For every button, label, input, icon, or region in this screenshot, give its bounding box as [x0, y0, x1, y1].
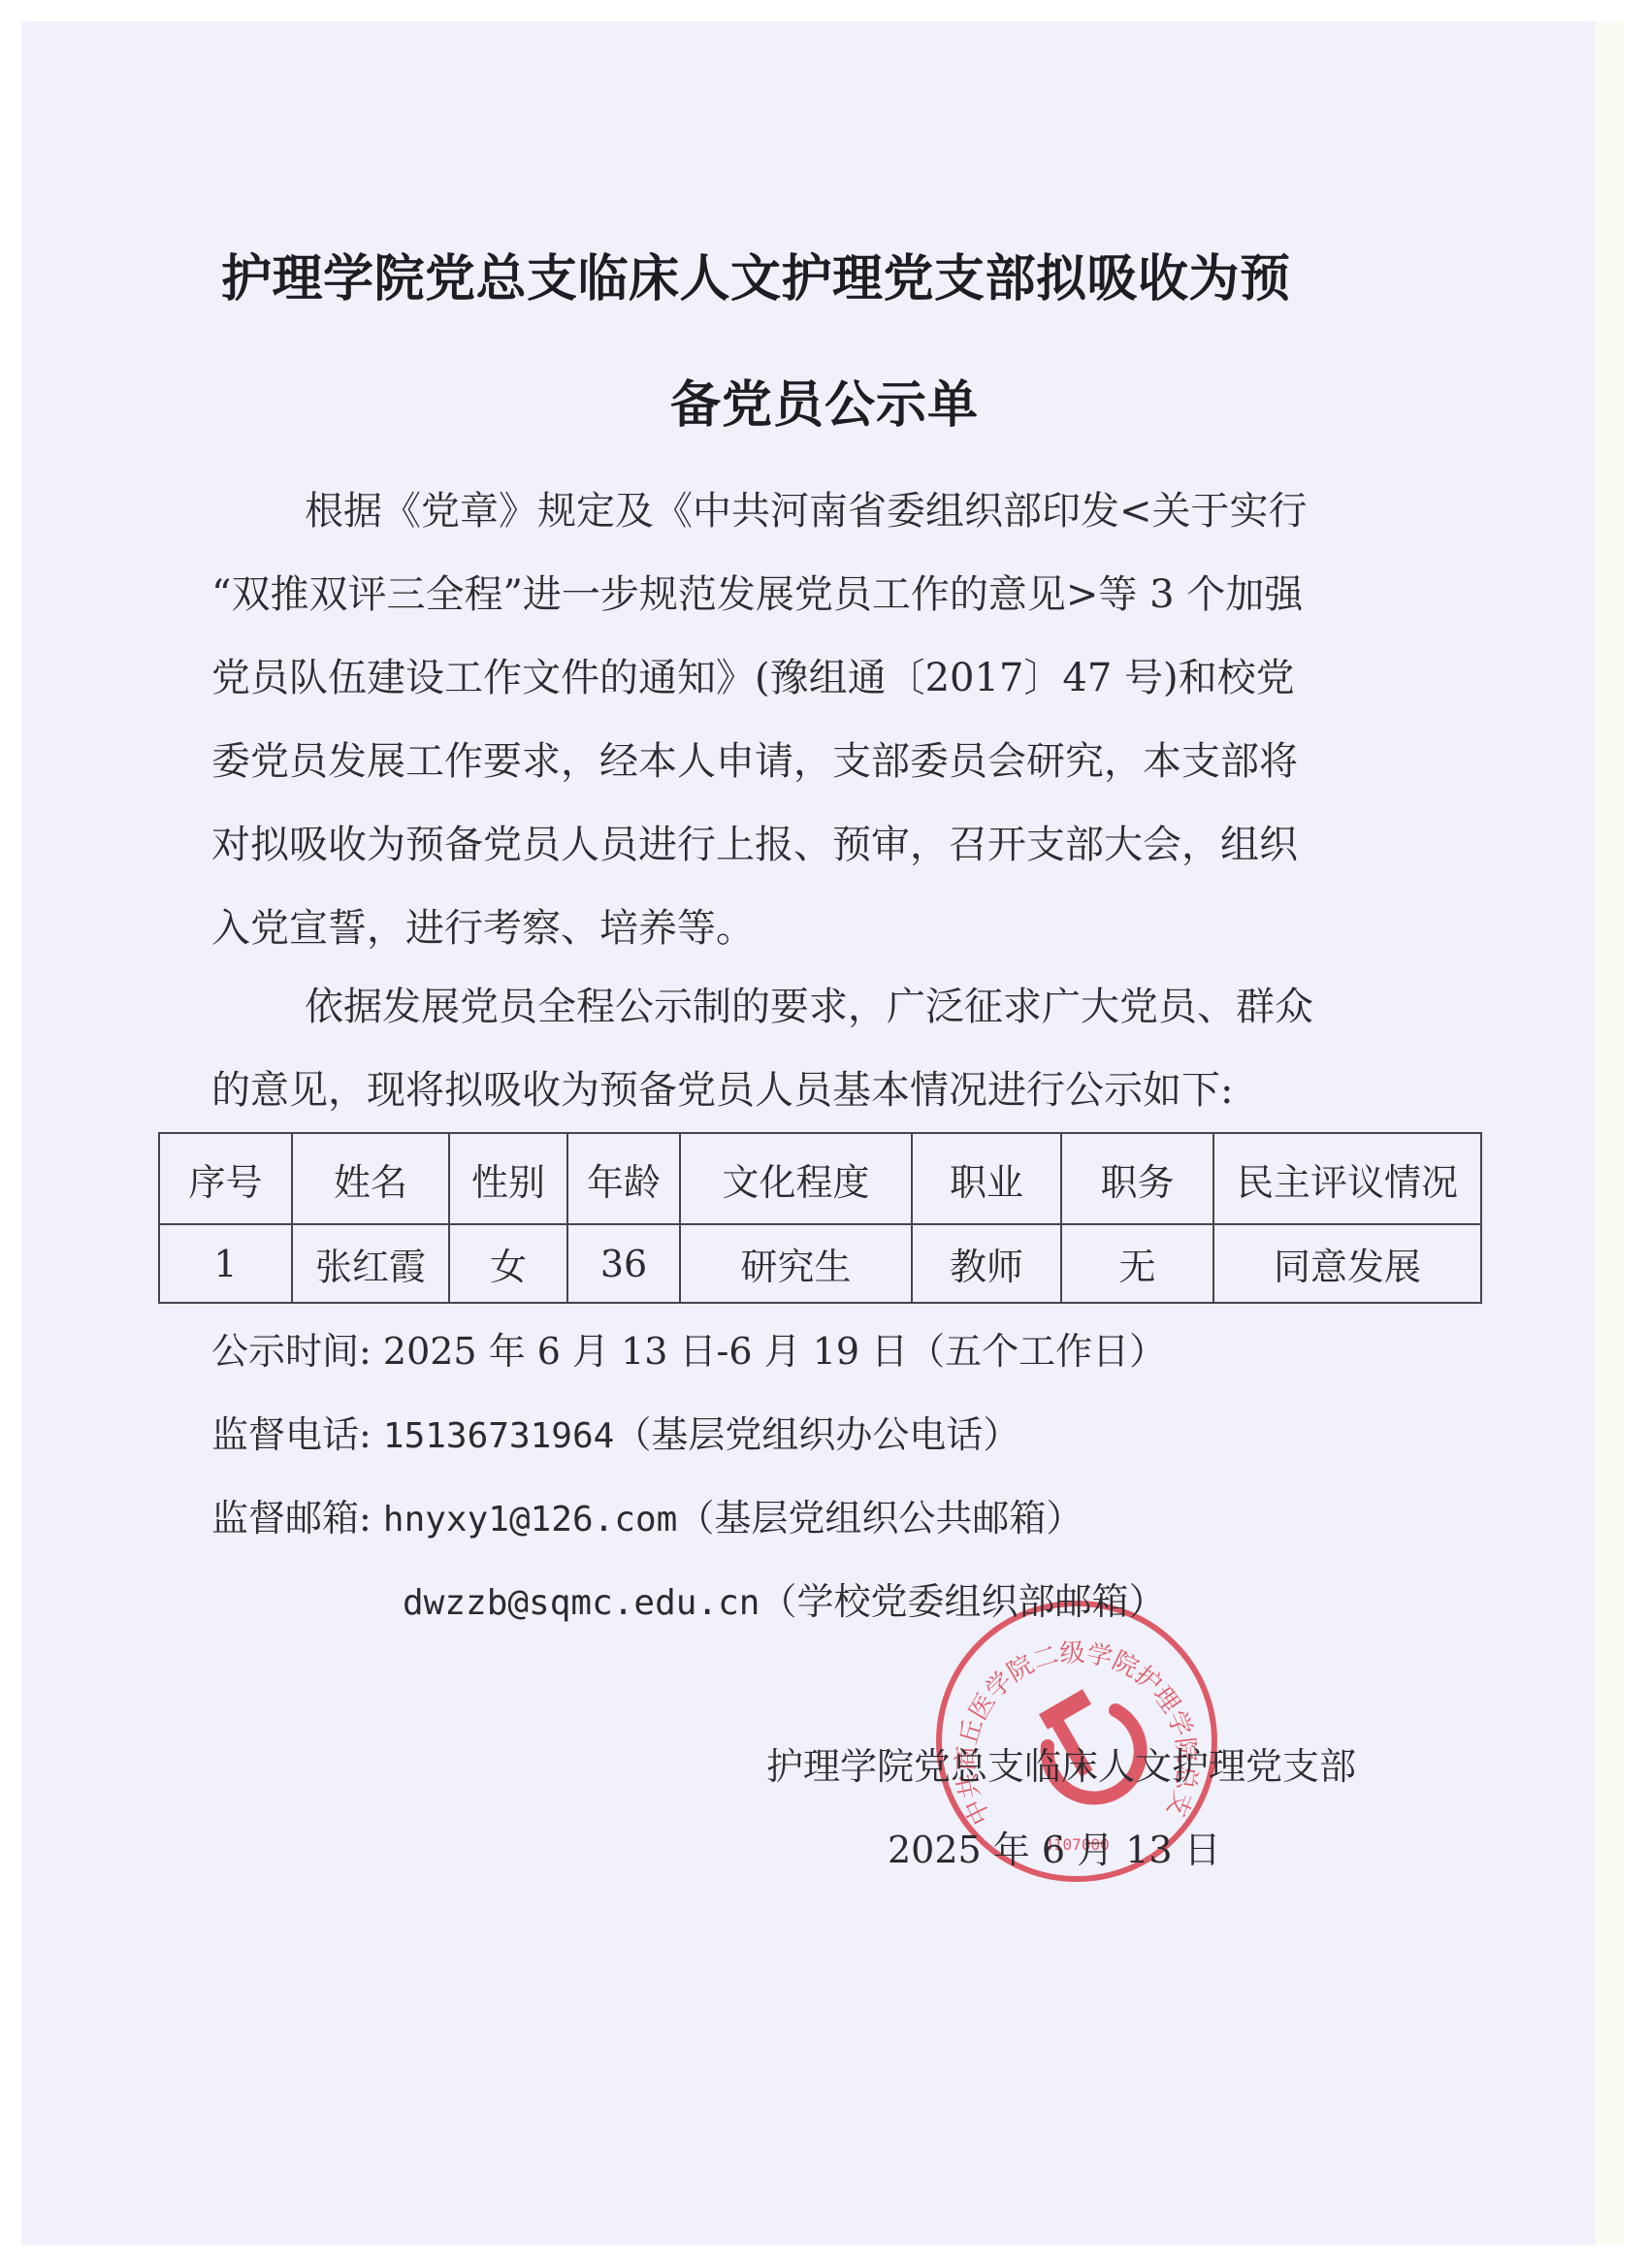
period-value: 2025 年 6 月 13 日-6 月 19 日（五个工作日） [383, 1330, 1166, 1373]
paragraph-line: 的意见，现将拟吸收为预备党员人员基本情况进行公示如下: [211, 1049, 1414, 1132]
col-header-evaluation: 民主评议情况 [1213, 1133, 1481, 1224]
candidate-table: 序号 姓名 性别 年龄 文化程度 职业 职务 民主评议情况 1 张红霞 女 36… [158, 1132, 1482, 1304]
cell-occupation: 教师 [912, 1224, 1061, 1303]
col-header-occupation: 职业 [912, 1133, 1061, 1224]
table-row: 1 张红霞 女 36 研究生 教师 无 同意发展 [159, 1224, 1481, 1303]
phone-label: 监督电话: [211, 1413, 372, 1456]
phone-value: 15136731964 [383, 1416, 614, 1456]
scan-edge [1596, 21, 1625, 2245]
cell-evaluation: 同意发展 [1213, 1224, 1481, 1303]
table-header-row: 序号 姓名 性别 年龄 文化程度 职业 职务 民主评议情况 [159, 1133, 1481, 1224]
signing-organization: 护理学院党总支临床人文护理党支部 [766, 1736, 1356, 1790]
paragraph-announcement: 依据发展党员全程公示制的要求，广泛征求广大党员、群众 的意见，现将拟吸收为预备党… [211, 965, 1414, 1132]
paragraph-line: 委党员发展工作要求，经本人申请，支部委员会研究，本支部将 [211, 720, 1414, 803]
cell-name: 张红霞 [292, 1224, 449, 1303]
period-label: 公示时间: [211, 1330, 372, 1373]
paragraph-line: 根据《党章》规定及《中共河南省委组织部印发<关于实行 [211, 470, 1414, 553]
supervision-phone: 监督电话: 15136731964（基层党组织办公电话） [211, 1405, 1019, 1458]
document-title-line-1: 护理学院党总支临床人文护理党支部拟吸收为预 [221, 238, 1434, 310]
paragraph-line: 依据发展党员全程公示制的要求，广泛征求广大党员、群众 [211, 965, 1414, 1049]
paragraph-line: 党员队伍建设工作文件的通知》(豫组通〔2017〕47 号)和校党 [211, 636, 1414, 720]
supervision-email-2: dwzzb@sqmc.edu.cn（学校党委组织部邮箱） [403, 1571, 1165, 1625]
paragraph-line: 入党宣誓，进行考察、培养等。 [211, 887, 1414, 970]
supervision-email-1: 监督邮箱: hnyxy1@126.com（基层党组织公共邮箱） [211, 1488, 1083, 1541]
cell-education: 研究生 [680, 1224, 912, 1303]
email-label: 监督邮箱: [211, 1497, 372, 1539]
email1-note: （基层党组织公共邮箱） [677, 1497, 1083, 1539]
cell-position: 无 [1061, 1224, 1213, 1303]
col-header-name: 姓名 [292, 1133, 449, 1224]
cell-age: 36 [567, 1224, 680, 1303]
col-header-age: 年龄 [567, 1133, 680, 1224]
email2-value: dwzzb@sqmc.edu.cn [403, 1583, 760, 1623]
col-header-index: 序号 [159, 1133, 292, 1224]
paragraph-line: 对拟吸收为预备党员人员进行上报、预审，召开支部大会，组织 [211, 803, 1414, 887]
paragraph-basis: 根据《党章》规定及《中共河南省委组织部印发<关于实行 “双推双评三全程”进一步规… [211, 470, 1414, 970]
cell-gender: 女 [449, 1224, 567, 1303]
col-header-education: 文化程度 [680, 1133, 912, 1224]
email2-note: （学校党委组织部邮箱） [760, 1580, 1165, 1623]
email1-value: hnyxy1@126.com [383, 1500, 677, 1539]
cell-index: 1 [159, 1224, 292, 1303]
col-header-gender: 性别 [449, 1133, 567, 1224]
phone-note: （基层党组织办公电话） [614, 1413, 1019, 1456]
signing-date: 2025 年 6 月 13 日 [888, 1820, 1221, 1873]
col-header-position: 职务 [1061, 1133, 1213, 1224]
document-title-line-2: 备党员公示单 [0, 364, 1649, 437]
paragraph-line: “双推双评三全程”进一步规范发展党员工作的意见>等 3 个加强 [211, 553, 1414, 636]
publicity-period: 公示时间: 2025 年 6 月 13 日-6 月 19 日（五个工作日） [211, 1321, 1166, 1375]
